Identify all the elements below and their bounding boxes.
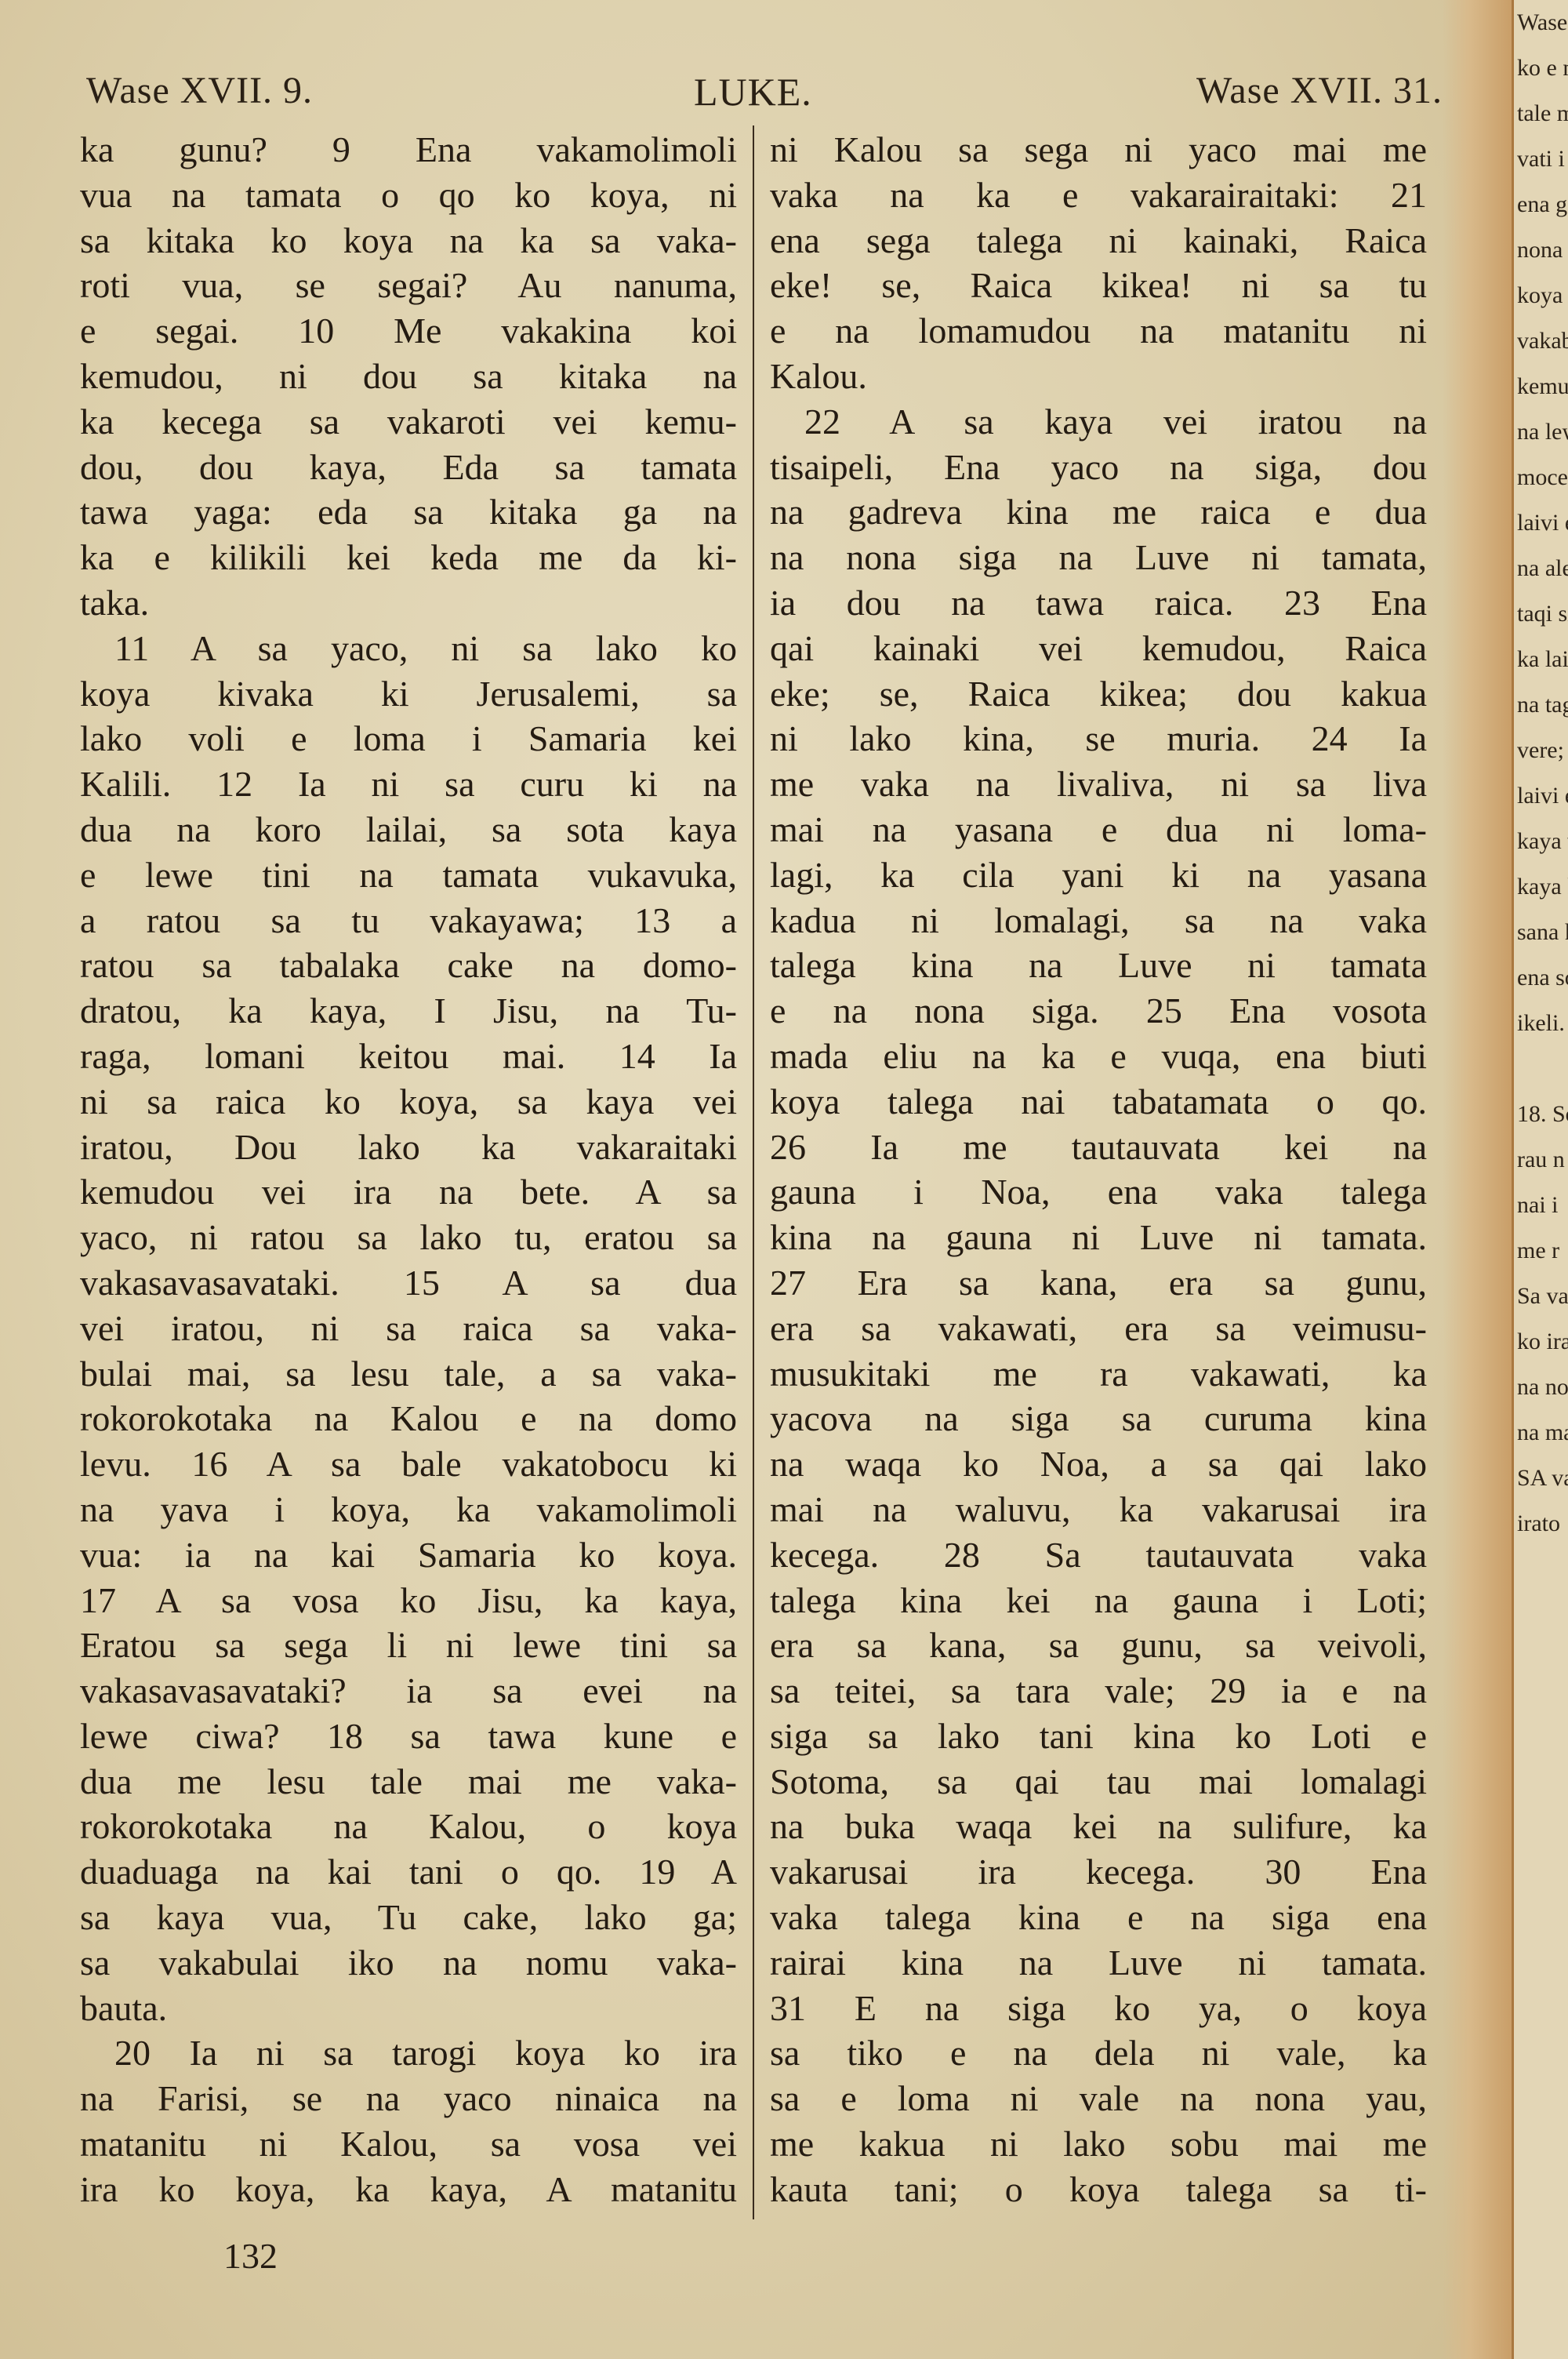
text-line: mai na waluvu, ka vakarusai ira: [770, 1487, 1427, 1532]
text-line: e na lomamudou na matanitu ni: [770, 308, 1427, 354]
text-line: sa e loma ni vale na nona yau,: [770, 2076, 1427, 2121]
text-line: rokorokotaka na Kalou e na domo: [80, 1396, 737, 1441]
text-line: a ratou sa tu vakayawa; 13 a: [80, 898, 737, 943]
text-line: dua na koro lailai, sa sota kaya: [80, 807, 737, 852]
text-line: yacova na siga sa curuma kina: [770, 1396, 1427, 1441]
text-line: kemudou, ni dou sa kitaka na: [80, 354, 737, 399]
text-line: e lewe tini na tamata vukavuka,: [80, 852, 737, 898]
text-line: gauna i Noa, ena vaka talega: [770, 1169, 1427, 1215]
next-page-line: sana kec: [1514, 910, 1568, 955]
next-page-line: vakabula.: [1514, 318, 1568, 364]
text-line: bulai mai, sa lesu tale, a sa vaka-: [80, 1351, 737, 1397]
right-text-column: ni Kalou sa sega ni yaco mai mevaka na k…: [770, 127, 1427, 2212]
text-line: vakasavasavataki? ia sa evei na: [80, 1668, 737, 1714]
text-line: lewe ciwa? 18 sa tawa kune e: [80, 1714, 737, 1759]
text-line: Kalou.: [770, 354, 1427, 399]
text-line: lagi, ka cila yani ki na yasana: [770, 852, 1427, 898]
text-line: 31 E na siga ko ya, o koya: [770, 1986, 1427, 2031]
next-page-line: 18. So: [1514, 1092, 1568, 1137]
next-page-line: Sa vak: [1514, 1274, 1568, 1319]
next-page-line: kaya vua: [1514, 819, 1568, 864]
text-line: qai kainaki vei kemudou, Raica: [770, 626, 1427, 671]
text-line: mai na yasana e dua ni loma-: [770, 807, 1427, 852]
text-line: tisaipeli, Ena yaco na siga, dou: [770, 445, 1427, 490]
next-page-line: SA vak: [1514, 1456, 1568, 1501]
text-line: na gadreva kina me raica e dua: [770, 489, 1427, 535]
text-line: Sotoma, sa qai tau mai lomalagi: [770, 1759, 1427, 1805]
text-line: talega kina kei na gauna i Loti;: [770, 1578, 1427, 1623]
next-page-line: vati i L: [1514, 136, 1568, 182]
text-line: 11 A sa yaco, ni sa lako ko: [80, 626, 737, 671]
next-page-line: ka laivi e: [1514, 637, 1568, 682]
text-line: ni Kalou sa sega ni yaco mai me: [770, 127, 1427, 173]
text-line: na buka waqa kei na sulifure, ka: [770, 1804, 1427, 1849]
text-line: vei iratou, ni sa raica sa vaka-: [80, 1306, 737, 1351]
text-line: 22 A sa kaya vei iratou na: [770, 399, 1427, 445]
text-line: sa kitaka ko koya na ka sa vaka-: [80, 218, 737, 264]
text-line: sa teitei, sa tara vale; 29 ia e na: [770, 1668, 1427, 1714]
text-line: e segai. 10 Me vakakina koi: [80, 308, 737, 354]
text-line: kauta tani; o koya talega sa ti-: [770, 2167, 1427, 2212]
text-line: yaco, ni ratou sa lako tu, eratou sa: [80, 1215, 737, 1260]
text-line: dou, dou kaya, Eda sa tamata: [80, 445, 737, 490]
next-page-line: na mat: [1514, 1410, 1568, 1456]
text-line: raga, lomani keitou mai. 14 Ia: [80, 1034, 737, 1079]
text-line: ratou sa tabalaka cake na domo-: [80, 943, 737, 988]
next-page-edge: Wase Xko e natale mai.vati i Lena gadrno…: [1512, 0, 1568, 2359]
next-page-line: koya yac: [1514, 273, 1568, 318]
text-line: 20 Ia ni sa tarogi koya ko ira: [80, 2030, 737, 2076]
next-page-line: ena gadr: [1514, 182, 1568, 227]
page-gutter-shadow: [1443, 0, 1512, 2359]
next-page-line: nai i: [1514, 1183, 1568, 1228]
next-page-line: ko e na: [1514, 45, 1568, 91]
text-line: eke! se, Raica kikea! ni sa tu: [770, 263, 1427, 308]
text-line: sa vakabulai iko na nomu vaka-: [80, 1940, 737, 1986]
text-line: ena sega talega ni kainaki, Raica: [770, 218, 1427, 264]
running-head-title: LUKE.: [694, 69, 812, 114]
text-line: iratou, Dou lako ka vakaraitaki: [80, 1125, 737, 1170]
text-line: ira ko koya, ka kaya, A matanitu: [80, 2167, 737, 2212]
next-page-line: kemudou,: [1514, 364, 1568, 409]
next-page-line: [1514, 1046, 1568, 1092]
text-line: na Farisi, se na yaco ninaica na: [80, 2076, 737, 2121]
text-line: e na nona siga. 25 Ena vosota: [770, 988, 1427, 1034]
text-line: kadua ni lomalagi, sa na vaka: [770, 898, 1427, 943]
text-line: na nona siga na Luve ni tamata,: [770, 535, 1427, 580]
text-line: vakasavasavataki. 15 A sa dua: [80, 1260, 737, 1306]
next-page-line: tale mai.: [1514, 91, 1568, 136]
text-line: vaka talega kina e na siga ena: [770, 1895, 1427, 1940]
next-page-line: na tagane: [1514, 682, 1568, 728]
text-line: talega kina na Luve ni tamata: [770, 943, 1427, 988]
text-line: matanitu ni Kalou, sa vosa vei: [80, 2121, 737, 2167]
text-line: 26 Ia me tautauvata kei na: [770, 1125, 1427, 1170]
text-line: bauta.: [80, 1986, 737, 2031]
column-divider: [753, 125, 754, 2219]
text-line: dratou, ka kaya, I Jisu, na Tu-: [80, 988, 737, 1034]
running-head-right: Wase XVII. 31.: [1196, 69, 1443, 112]
next-page-line: na non: [1514, 1365, 1568, 1410]
next-page-line: nona bul: [1514, 227, 1568, 273]
text-line: era sa kana, sa gunu, sa veivoli,: [770, 1623, 1427, 1668]
text-line: me vaka na livaliva, ni sa liva: [770, 761, 1427, 807]
left-text-column: ka gunu? 9 Ena vakamolimolivua na tamata…: [80, 127, 737, 2212]
text-line: dua me lesu tale mai me vaka-: [80, 1759, 737, 1805]
text-line: ni sa raica ko koya, sa kaya vei: [80, 1079, 737, 1125]
next-page-line: na alewa: [1514, 546, 1568, 591]
next-page-line: ikeli.: [1514, 1001, 1568, 1046]
next-page-line: ko ira: [1514, 1319, 1568, 1365]
text-line: kemudou vei ira na bete. A sa: [80, 1169, 737, 1215]
text-line: taka.: [80, 580, 737, 626]
text-line: sa kaya vua, Tu cake, lako ga;: [80, 1895, 737, 1940]
next-page-line: kaya ko: [1514, 864, 1568, 910]
next-page-line: Wase X: [1514, 0, 1568, 45]
text-line: eke; se, Raica kikea; dou kakua: [770, 671, 1427, 717]
text-line: ni lako kina, se muria. 24 Ia: [770, 716, 1427, 761]
text-line: koya talega nai tabatamata o qo.: [770, 1079, 1427, 1125]
text-line: era sa vakawati, era sa veimusu-: [770, 1306, 1427, 1351]
text-line: 17 A sa vosa ko Jisu, ka kaya,: [80, 1578, 737, 1623]
text-line: na yava i koya, ka vakamolimoli: [80, 1487, 737, 1532]
text-line: kecega. 28 Sa tautauvata vaka: [770, 1532, 1427, 1578]
next-page-line: me r: [1514, 1228, 1568, 1274]
text-line: vua na tamata o qo ko koya, ni: [80, 173, 737, 218]
text-line: siga sa lako tani kina ko Loti e: [770, 1714, 1427, 1759]
text-line: roti vua, se segai? Au nanuma,: [80, 263, 737, 308]
next-page-line: taqi sila;: [1514, 591, 1568, 637]
text-line: levu. 16 A sa bale vakatobocu ki: [80, 1441, 737, 1487]
text-line: ka kecega sa vakaroti vei kemu-: [80, 399, 737, 445]
next-page-line: irato: [1514, 1501, 1568, 1547]
text-line: na waqa ko Noa, a sa qai lako: [770, 1441, 1427, 1487]
text-line: vaka na ka e vakarairaitaki: 21: [770, 173, 1427, 218]
next-page-line: moce; en: [1514, 455, 1568, 500]
text-line: vakarusai ira kecega. 30 Ena: [770, 1849, 1427, 1895]
next-page-line: laivi e du: [1514, 773, 1568, 819]
text-line: me kakua ni lako sobu mai me: [770, 2121, 1427, 2167]
text-line: lako voli e loma i Samaria kei: [80, 716, 737, 761]
text-line: Eratou sa sega li ni lewe tini sa: [80, 1623, 737, 1668]
text-line: duaduaga na kai tani o qo. 19 A: [80, 1849, 737, 1895]
running-head: Wase XVII. 9. LUKE. Wase XVII. 31.: [86, 69, 1443, 124]
text-line: ia dou na tawa raica. 23 Ena: [770, 580, 1427, 626]
text-line: kina na gauna ni Luve ni tamata.: [770, 1215, 1427, 1260]
page-number: 132: [223, 2235, 278, 2277]
next-page-line: na lewe: [1514, 409, 1568, 455]
text-line: ka e kilikili kei keda me da ki-: [80, 535, 737, 580]
running-head-left: Wase XVII. 9.: [86, 69, 313, 112]
text-line: musukitaki me ra vakawati, ka: [770, 1351, 1427, 1397]
text-line: vua: ia na kai Samaria ko koya.: [80, 1532, 737, 1578]
book-page: Wase XVII. 9. LUKE. Wase XVII. 31. ka gu…: [0, 0, 1509, 2359]
next-page-line: vere; en: [1514, 728, 1568, 773]
text-line: Kalili. 12 Ia ni sa curu ki na: [80, 761, 737, 807]
text-line: tawa yaga: eda sa kitaka ga na: [80, 489, 737, 535]
text-line: sa tiko e na dela ni vale, ka: [770, 2030, 1427, 2076]
text-line: 27 Era sa kana, era sa gunu,: [770, 1260, 1427, 1306]
next-page-line: ena soqo: [1514, 955, 1568, 1001]
next-page-line: rau n: [1514, 1137, 1568, 1183]
next-page-line: laivi e d: [1514, 500, 1568, 546]
text-line: mada eliu na ka e vuqa, ena biuti: [770, 1034, 1427, 1079]
text-line: rokorokotaka na Kalou, o koya: [80, 1804, 737, 1849]
text-line: koya kivaka ki Jerusalemi, sa: [80, 671, 737, 717]
text-line: ka gunu? 9 Ena vakamolimoli: [80, 127, 737, 173]
text-line: rairai kina na Luve ni tamata.: [770, 1940, 1427, 1986]
